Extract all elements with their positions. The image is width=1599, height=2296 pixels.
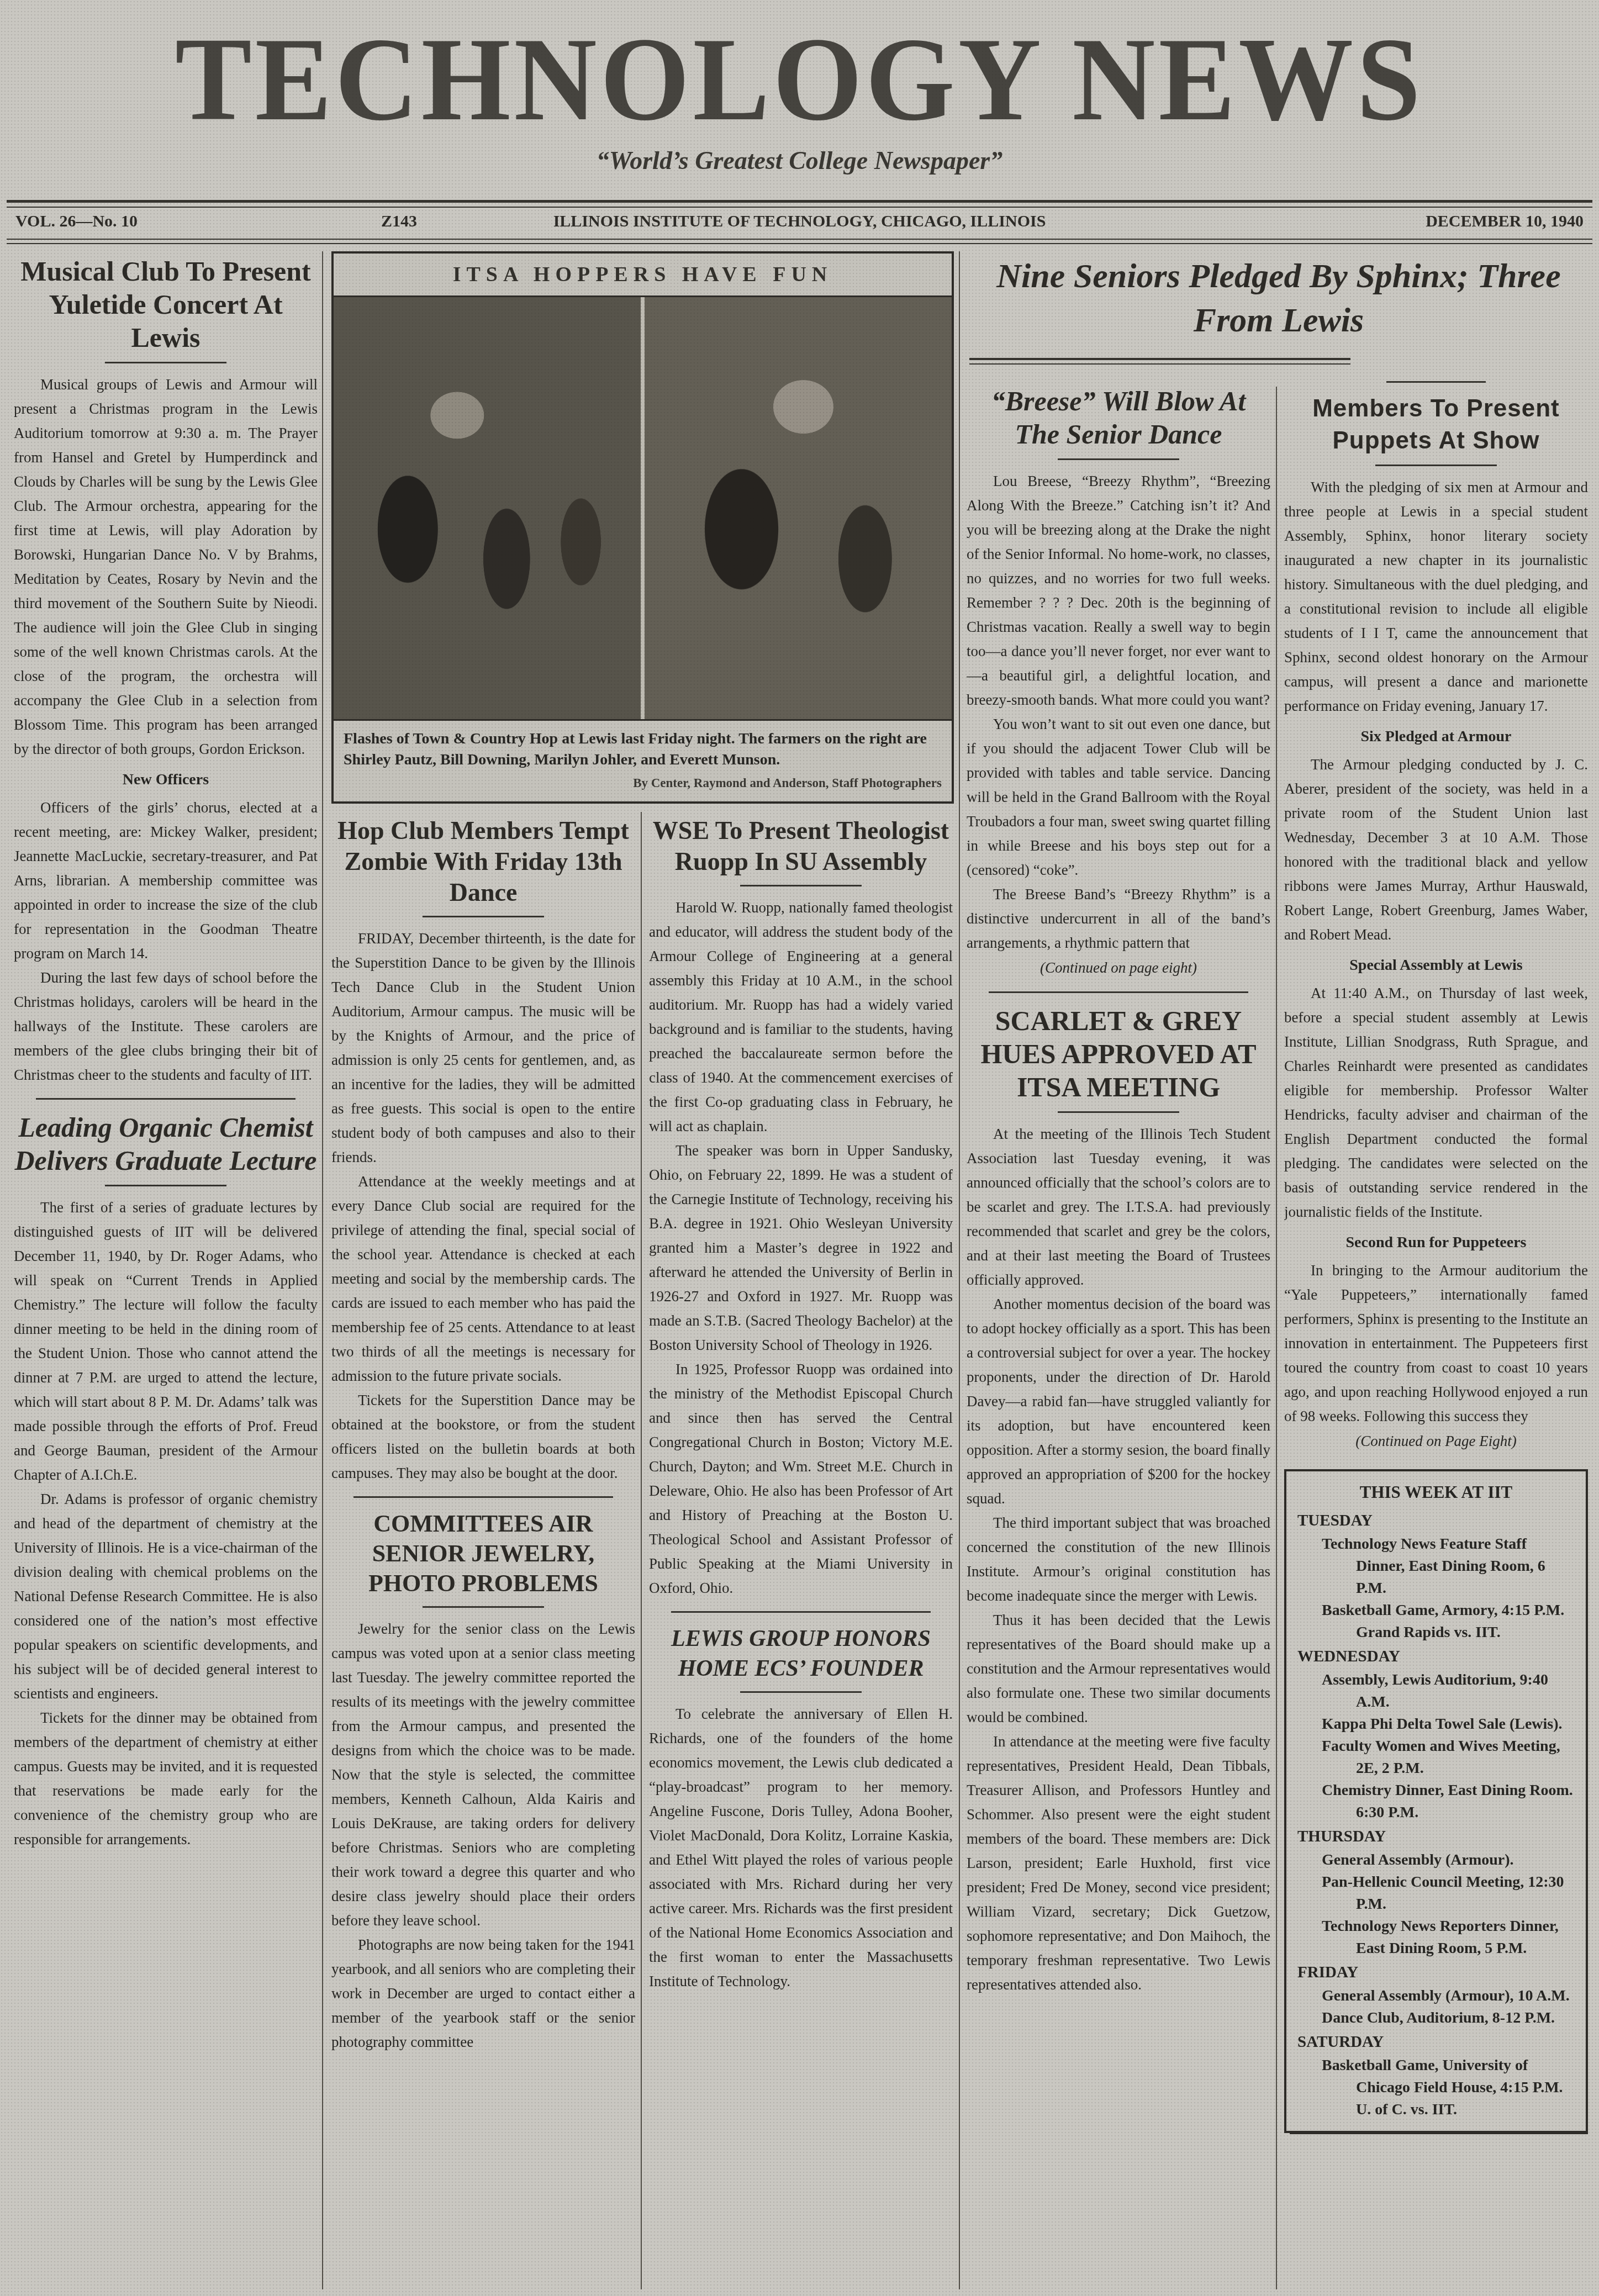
day-block: SATURDAY Basketball Game, University of …	[1297, 2029, 1575, 2121]
column-rule-2	[641, 812, 642, 2289]
paragraph: The Armour pledging conducted by J. C. A…	[1284, 752, 1588, 947]
event-item: Technology News Feature Staff Dinner, Ea…	[1297, 1533, 1575, 1600]
paragraph: At 11:40 A.M., on Thursday of last week,…	[1284, 981, 1588, 1224]
event-item: Chemistry Dinner, East Dining Room. 6:30…	[1297, 1780, 1575, 1824]
paragraph: To celebrate the anniversary of Ellen H.…	[649, 1702, 953, 1993]
divider	[740, 885, 862, 886]
headline-committees: COMMITTEES AIR SENIOR JEWELRY, PHOTO PRO…	[331, 1509, 635, 1598]
divider	[105, 1185, 226, 1186]
paragraph: Officers of the girls’ chorus, elected a…	[14, 795, 318, 965]
paragraph: In attendance at the meeting were five f…	[967, 1729, 1270, 1997]
day-block: WEDNESDAY Assembly, Lewis Auditorium, 9:…	[1297, 1644, 1575, 1824]
day-name: TUESDAY	[1297, 1508, 1575, 1533]
subhead-special-assembly: Special Assembly at Lewis	[1284, 954, 1588, 977]
paragraph: Dr. Adams is professor of organic chemis…	[14, 1487, 318, 1706]
event-item: Basketball Game, Armory, 4:15 P.M. Grand…	[1297, 1600, 1575, 1644]
paragraph: FRIDAY, December thirteenth, is the date…	[331, 926, 635, 1169]
divider	[1375, 465, 1497, 466]
headline-breese: “Breese” Will Blow At The Senior Dance	[967, 384, 1270, 451]
day-name: FRIDAY	[1297, 1960, 1575, 1985]
issue-date: DECEMBER 10, 1940	[1426, 212, 1584, 231]
event-item: Basketball Game, University of Chicago F…	[1297, 2055, 1575, 2121]
newspaper-motto: “World’s Greatest College Newspaper”	[0, 146, 1599, 175]
headline-wse-ruopp: WSE To Present Theologist Ruopp In SU As…	[649, 815, 953, 877]
paragraph: The speaker was born in Upper Sandusky, …	[649, 1138, 953, 1357]
column-rule-1	[322, 251, 323, 2289]
column-5: Members To Present Puppets At Show With …	[1284, 251, 1588, 2289]
paragraph: Jewelry for the senior class on the Lewi…	[331, 1617, 635, 1933]
paragraph: The first of a series of graduate lectur…	[14, 1195, 318, 1487]
paragraph: Thus it has been decided that the Lewis …	[967, 1608, 1270, 1729]
continued-note: (Continued on page eight)	[967, 955, 1270, 980]
institution-name: ILLINOIS INSTITUTE OF TECHNOLOGY, CHICAG…	[0, 212, 1599, 231]
dateline-rule-bottom	[7, 243, 1592, 244]
paragraph: During the last few days of school befor…	[14, 965, 318, 1087]
paragraph: At the meeting of the Illinois Tech Stud…	[967, 1122, 1270, 1292]
paragraph: With the pledging of six men at Armour a…	[1284, 475, 1588, 718]
divider	[1058, 458, 1179, 460]
paragraph: Tickets for the Superstition Dance may b…	[331, 1388, 635, 1485]
masthead-rule-thin	[7, 207, 1592, 208]
column-rule-4	[1276, 387, 1277, 2289]
newspaper-front-page: TECHNOLOGY NEWS “World’s Greatest Colleg…	[0, 0, 1599, 2296]
day-name: WEDNESDAY	[1297, 1644, 1575, 1669]
divider	[36, 1098, 295, 1100]
day-name: THURSDAY	[1297, 1824, 1575, 1849]
headline-musical-club: Musical Club To Present Yuletide Concert…	[14, 255, 318, 354]
masthead-rule-thick	[7, 200, 1592, 203]
edition-code: Z143	[381, 212, 417, 231]
column-3: WSE To Present Theologist Ruopp In SU As…	[649, 251, 953, 2289]
event-item: General Assembly (Armour).	[1297, 1849, 1575, 1871]
divider	[740, 1691, 862, 1693]
divider	[105, 362, 226, 363]
day-block: THURSDAY General Assembly (Armour). Pan-…	[1297, 1824, 1575, 1960]
day-name: SATURDAY	[1297, 2029, 1575, 2055]
column-2: Hop Club Members Tempt Zombie With Frida…	[331, 251, 635, 2289]
event-item: Kappa Phi Delta Towel Sale (Lewis).	[1297, 1713, 1575, 1735]
paragraph: In bringing to the Armour auditorium the…	[1284, 1258, 1588, 1428]
continued-note: (Continued on Page Eight)	[1284, 1428, 1588, 1454]
event-item: Pan-Hellenic Council Meeting, 12:30 P.M.	[1297, 1871, 1575, 1915]
paragraph: In 1925, Professor Ruopp was ordained in…	[649, 1357, 953, 1600]
event-item: Assembly, Lewis Auditorium, 9:40 A.M.	[1297, 1669, 1575, 1713]
column-4: “Breese” Will Blow At The Senior Dance L…	[967, 251, 1270, 2289]
paragraph: You won’t want to sit out even one dance…	[967, 712, 1270, 882]
divider	[423, 1606, 544, 1608]
divider	[353, 1496, 613, 1498]
event-item: General Assembly (Armour), 10 A.M.	[1297, 1985, 1575, 2007]
paragraph: The Breese Band’s “Breezy Rhythm” is a d…	[967, 882, 1270, 955]
headline-lewis-group: LEWIS GROUP HONORS HOME ECS’ FOUNDER	[649, 1624, 953, 1683]
this-week-box: THIS WEEK AT IIT TUESDAY Technology News…	[1284, 1469, 1588, 2133]
paragraph: The third important subject that was bro…	[967, 1511, 1270, 1608]
subhead-second-run: Second Run for Puppeteers	[1284, 1232, 1588, 1254]
paragraph: Musical groups of Lewis and Armour will …	[14, 372, 318, 761]
divider	[1058, 1111, 1179, 1113]
headline-puppets: Members To Present Puppets At Show	[1284, 393, 1588, 457]
day-block: TUESDAY Technology News Feature Staff Di…	[1297, 1508, 1575, 1644]
masthead: TECHNOLOGY NEWS “World’s Greatest Colleg…	[0, 17, 1599, 175]
paragraph: Attendance at the weekly meetings and at…	[331, 1169, 635, 1388]
paragraph: Lou Breese, “Breezy Rhythm”, “Breezing A…	[967, 469, 1270, 712]
paragraph: Another momentus decision of the board w…	[967, 1292, 1270, 1511]
headline-organic-chemist: Leading Organic Chemist Delivers Graduat…	[14, 1111, 318, 1177]
event-item: Faculty Women and Wives Meeting, 2E, 2 P…	[1297, 1735, 1575, 1780]
event-item: Technology News Reporters Dinner, East D…	[1297, 1915, 1575, 1960]
dateline-rule-top	[7, 239, 1592, 240]
day-block: FRIDAY General Assembly (Armour), 10 A.M…	[1297, 1960, 1575, 2029]
paragraph: Photographs are now being taken for the …	[331, 1933, 635, 2054]
column-rule-3	[959, 251, 960, 2289]
divider	[671, 1611, 931, 1613]
subhead-new-officers: New Officers	[14, 769, 318, 791]
newspaper-title: TECHNOLOGY NEWS	[0, 14, 1599, 144]
paragraph: Harold W. Ruopp, nationally famed theolo…	[649, 895, 953, 1138]
headline-scarlet-grey: SCARLET & GREY HUES APPROVED AT ITSA MEE…	[967, 1004, 1270, 1104]
this-week-title: THIS WEEK AT IIT	[1297, 1481, 1575, 1503]
divider	[1386, 381, 1486, 383]
subhead-six-pledged: Six Pledged at Armour	[1284, 726, 1588, 748]
divider	[423, 916, 544, 917]
column-1: Musical Club To Present Yuletide Concert…	[14, 251, 318, 2289]
paragraph: Tickets for the dinner may be obtained f…	[14, 1706, 318, 1851]
headline-hop-club: Hop Club Members Tempt Zombie With Frida…	[331, 815, 635, 908]
event-item: Dance Club, Auditorium, 8-12 P.M.	[1297, 2007, 1575, 2029]
divider	[989, 991, 1248, 993]
dateline: VOL. 26—No. 10 ILLINOIS INSTITUTE OF TEC…	[0, 212, 1599, 236]
